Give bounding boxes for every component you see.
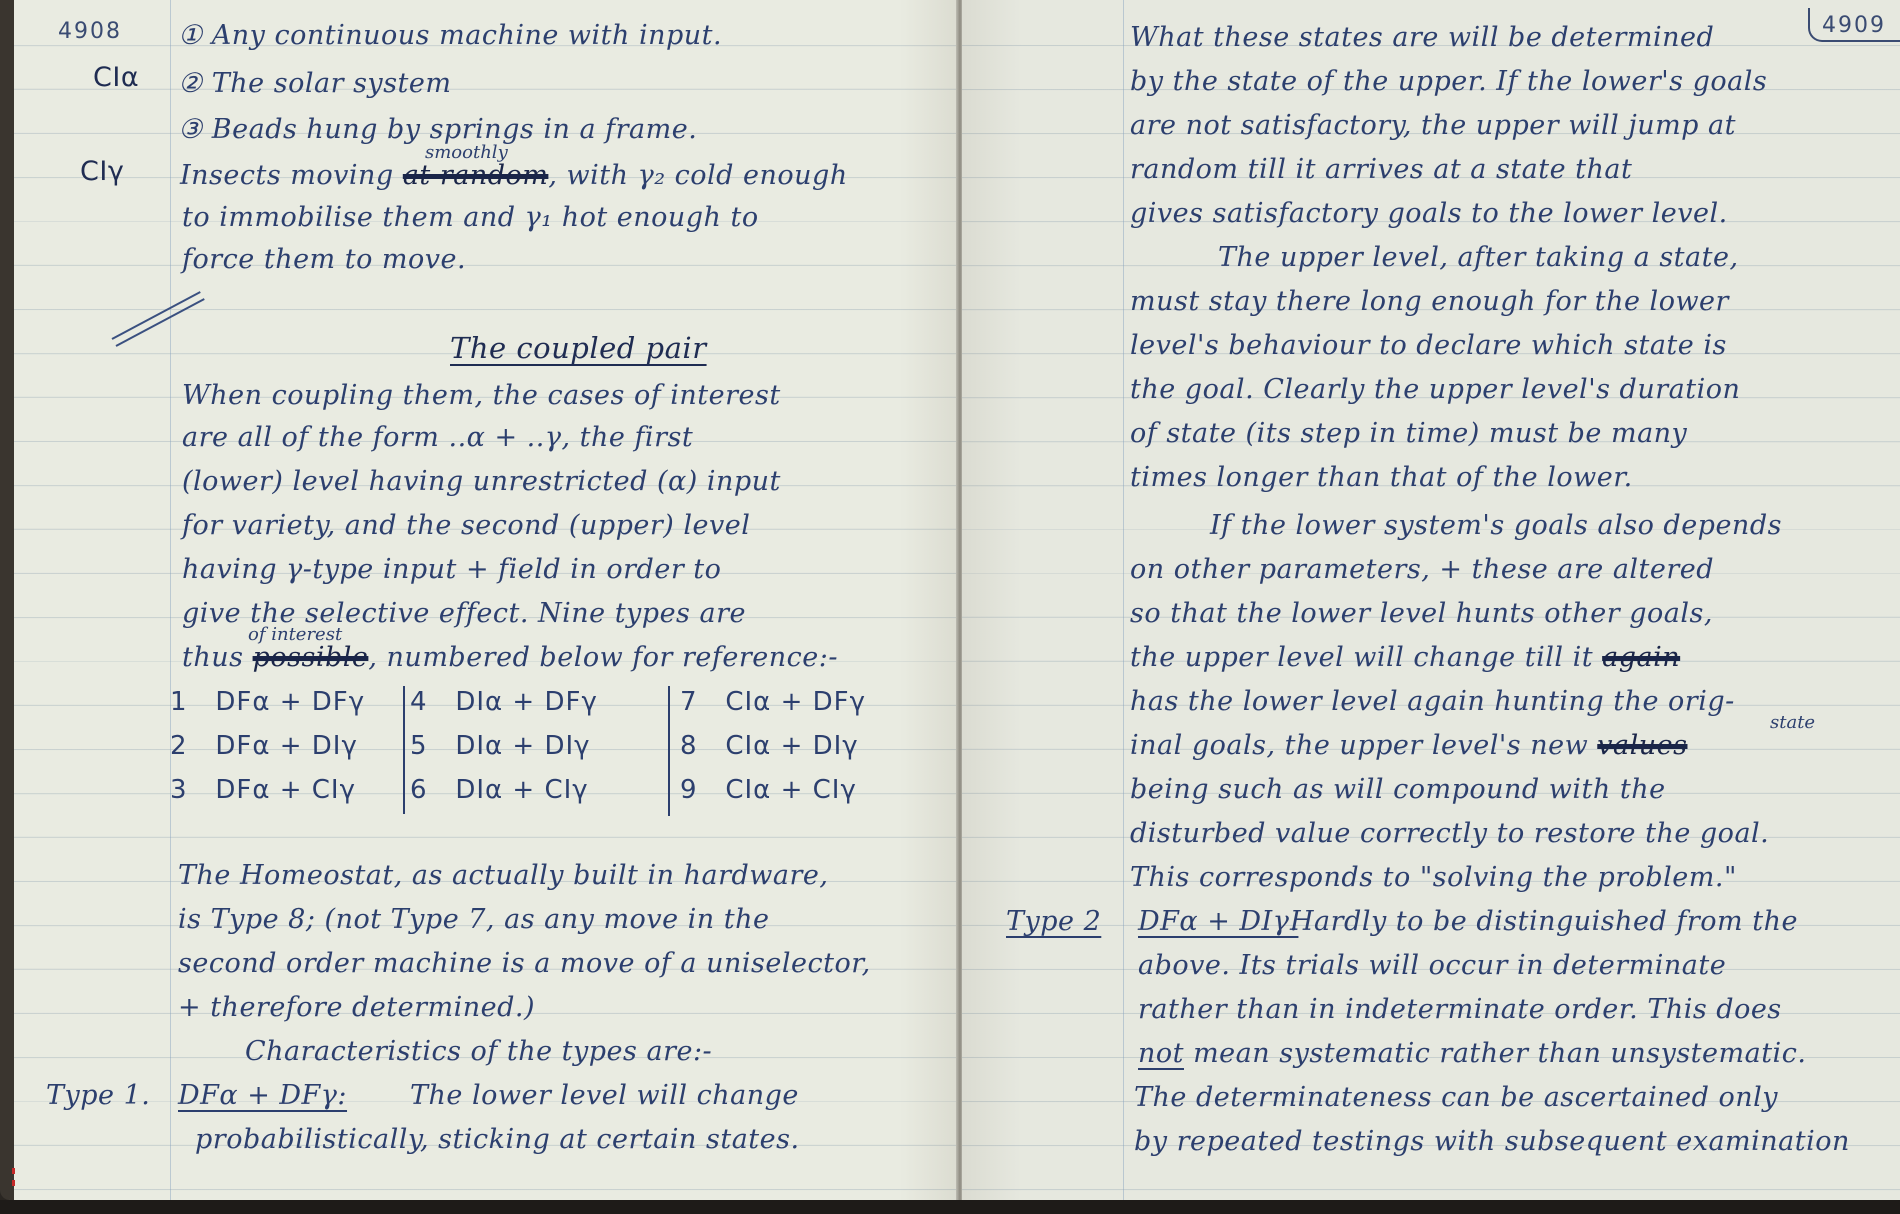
- right-line-19: disturbed value correctly to restore the…: [1130, 812, 1769, 856]
- type-cell: 7 CIα + DFγ: [680, 680, 866, 724]
- type1-formula: DFα + DFγ:: [178, 1074, 347, 1118]
- coupled-line-4: for variety, and the second (upper) leve…: [182, 504, 750, 548]
- type1-line-1: The lower level will change: [410, 1074, 799, 1118]
- struck-again: again: [1602, 642, 1680, 673]
- insects-line-3: force them to move.: [182, 238, 466, 282]
- page-number-left: 4908: [58, 10, 122, 54]
- insertion-state: state: [1770, 714, 1815, 732]
- right-line-7: must stay there long enough for the lowe…: [1130, 280, 1729, 324]
- struck-possible: possible: [253, 642, 369, 673]
- left-gutter-shade: [900, 0, 958, 1200]
- type2-line-1: Hardly to be distinguished from the: [1290, 900, 1798, 944]
- text-systematic: mean systematic rather than unsystematic…: [1184, 1038, 1806, 1069]
- text-original-goals: inal goals, the upper level's new: [1130, 730, 1597, 761]
- insertion-smoothly: smoothly: [425, 144, 508, 162]
- text-upper-level-change: the upper level will change till it: [1130, 642, 1602, 673]
- right-line-15: the upper level will change till it agai…: [1130, 636, 1680, 680]
- coupled-line-2: are all of the form ..α + ..γ, the first: [182, 416, 693, 460]
- left-margin-line: [170, 0, 171, 1200]
- section-title: The coupled pair: [450, 326, 707, 370]
- type-cell: 4 DIα + DFγ: [410, 680, 598, 724]
- right-gutter-shade: [962, 0, 1022, 1200]
- example-1: ① Any continuous machine with input.: [178, 14, 722, 58]
- homeostat-line-3: second order machine is a move of a unis…: [178, 942, 871, 986]
- type1-line-2: probabilistically, sticking at certain s…: [195, 1118, 800, 1162]
- type2-formula: DFα + DIγ.: [1138, 900, 1298, 944]
- insertion-of-interest: of interest: [248, 626, 342, 644]
- right-line-3: are not satisfactory, the upper will jum…: [1130, 104, 1736, 148]
- right-line-5: gives satisfactory goals to the lower le…: [1130, 192, 1728, 236]
- homeostat-line-2: is Type 8; (not Type 7, as any move in t…: [178, 898, 769, 942]
- type2-line-6: by repeated testings with subsequent exa…: [1134, 1120, 1850, 1164]
- right-line-16: has the lower level again hunting the or…: [1130, 680, 1735, 724]
- type-cell: 6 DIα + CIγ: [410, 768, 589, 812]
- type-cell: 3 DFα + CIγ: [170, 768, 356, 812]
- homeostat-line-1: The Homeostat, as actually built in hard…: [178, 854, 828, 898]
- right-line-13: on other parameters, + these are altered: [1130, 548, 1714, 592]
- underlined-not: not: [1138, 1038, 1184, 1069]
- right-line-12: If the lower system's goals also depends: [1210, 504, 1782, 548]
- insects-text-a: Insects moving: [180, 160, 403, 191]
- right-line-11: times longer than that of the lower.: [1130, 456, 1633, 500]
- type-cell: 8 CIα + DIγ: [680, 724, 859, 768]
- right-line-20: This corresponds to "solving the problem…: [1130, 856, 1737, 900]
- margin-note-ci-gamma: CIγ: [80, 150, 124, 194]
- type-cell: 9 CIα + CIγ: [680, 768, 857, 812]
- struck-at-random: at random: [403, 160, 549, 191]
- right-line-10: of state (its step in time) must be many: [1130, 412, 1687, 456]
- type-cell: 2 DFα + DIγ: [170, 724, 358, 768]
- coupled-line-1: When coupling them, the cases of interes…: [182, 374, 781, 418]
- right-margin-line: [1123, 0, 1124, 1200]
- red-mark: [12, 1168, 15, 1174]
- type2-label: Type 2: [1006, 900, 1101, 944]
- struck-values: values: [1597, 730, 1687, 761]
- right-line-9: the goal. Clearly the upper level's dura…: [1130, 368, 1740, 412]
- insects-line-1: Insects moving at random, with γ₂ cold e…: [180, 154, 848, 198]
- red-mark: [12, 1180, 15, 1186]
- type1-label: Type 1.: [46, 1074, 150, 1118]
- notebook-spread: 4908 CIα CIγ ① Any continuous machine wi…: [0, 0, 1900, 1204]
- table-divider-2: [668, 686, 670, 816]
- homeostat-line-4: + therefore determined.): [178, 986, 535, 1030]
- characteristics-heading: Characteristics of the types are:-: [245, 1030, 712, 1074]
- insects-text-b: , with γ₂ cold enough: [548, 160, 847, 191]
- right-line-18: being such as will compound with the: [1130, 768, 1666, 812]
- table-divider-1: [403, 686, 405, 814]
- coupled-line-5: having γ-type input + field in order to: [182, 548, 721, 592]
- type2-line-3: rather than in indeterminate order. This…: [1138, 988, 1782, 1032]
- type2-line-5: The determinateness can be ascertained o…: [1134, 1076, 1778, 1120]
- right-line-17: inal goals, the upper level's new values: [1130, 724, 1687, 768]
- right-line-4: random till it arrives at a state that: [1130, 148, 1632, 192]
- right-line-8: level's behaviour to declare which state…: [1130, 324, 1727, 368]
- example-2: ② The solar system: [178, 62, 451, 106]
- insects-line-2: to immobilise them and γ₁ hot enough to: [182, 196, 759, 240]
- text-thus: thus: [182, 642, 253, 673]
- type2-line-2: above. Its trials will occur in determin…: [1138, 944, 1726, 988]
- text-numbered-below: , numbered below for reference:-: [368, 642, 838, 673]
- type-cell: 5 DIα + DIγ: [410, 724, 591, 768]
- right-line-14: so that the lower level hunts other goal…: [1130, 592, 1713, 636]
- right-line-1: What these states are will be determined: [1130, 16, 1714, 60]
- coupled-line-3: (lower) level having unrestricted (α) in…: [182, 460, 781, 504]
- margin-note-ci-alpha: CIα: [93, 56, 139, 100]
- type-cell: 1 DFα + DFγ: [170, 680, 365, 724]
- right-line-6: The upper level, after taking a state,: [1218, 236, 1739, 280]
- page-number-right: 4909: [1822, 4, 1886, 48]
- right-line-2: by the state of the upper. If the lower'…: [1130, 60, 1767, 104]
- type2-line-4: not mean systematic rather than unsystem…: [1138, 1032, 1806, 1076]
- binding-edge: [0, 1200, 1900, 1214]
